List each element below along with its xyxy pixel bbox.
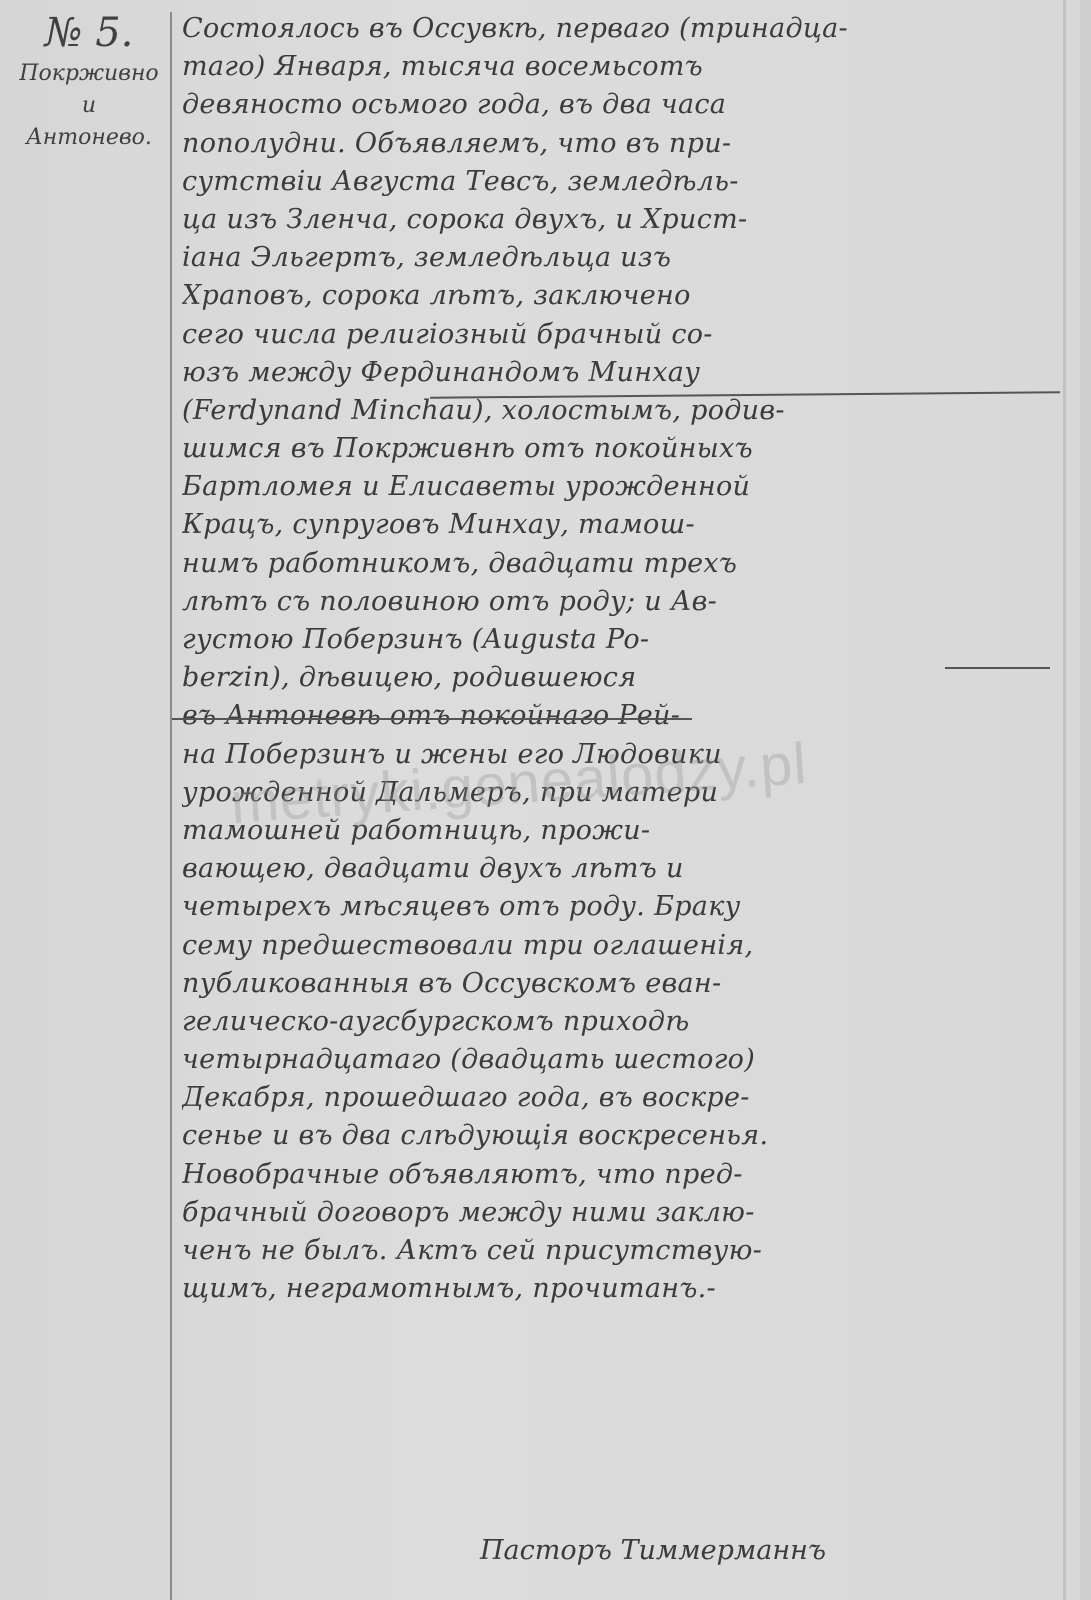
text-line: гелическо-аугсбургскомъ приходѣ (182, 1003, 1057, 1041)
text-line: сенье и въ два слѣдующія воскресенья. (182, 1117, 1057, 1155)
text-line: четырехъ мѣсяцевъ отъ роду. Браку (182, 888, 1057, 926)
text-line: шимся въ Покрживнѣ отъ покойныхъ (182, 430, 1057, 468)
record-body: Состоялось въ Оссувкѣ, перваго (тринадца… (182, 10, 1057, 1308)
text-line: четырнадцатаго (двадцать шестого) (182, 1041, 1057, 1079)
text-line: сутствіи Августа Тевсъ, земледѣль- (182, 163, 1057, 201)
text-line: сему предшествовали три оглашенія, (182, 927, 1057, 965)
text-line: девяносто осьмого года, въ два часа (182, 86, 1057, 124)
text-line: щимъ, неграмотнымъ, прочитанъ.- (182, 1270, 1057, 1308)
pastor-signature: Пасторъ Тиммерманнъ (480, 1535, 826, 1566)
page-edge (1063, 0, 1066, 1600)
underline-bride-name-start (945, 667, 1050, 669)
text-line: berzin), дѣвицею, родившеюся (182, 659, 1057, 697)
text-line: вающею, двадцати двухъ лѣтъ и (182, 850, 1057, 888)
text-line: сего числа религіозный брачный со- (182, 316, 1057, 354)
text-line: пополудни. Объявляемъ, что въ при- (182, 125, 1057, 163)
text-line: въ Антоневѣ отъ покойнаго Рей- (182, 697, 1057, 735)
text-line: Крацъ, супруговъ Минхау, тамош- (182, 506, 1057, 544)
text-line: ченъ не былъ. Актъ сей присутствую- (182, 1232, 1057, 1270)
text-line: ца изъ Зленча, сорока двухъ, и Христ- (182, 201, 1057, 239)
underline-bride-name (172, 718, 692, 720)
text-line: Новобрачные объявляютъ, что пред- (182, 1156, 1057, 1194)
margin-rule (170, 12, 172, 1600)
text-line: юзъ между Фердинандомъ Минхау (182, 354, 1057, 392)
text-line: нимъ работникомъ, двадцати трехъ (182, 545, 1057, 583)
margin-place-2: Антонево. (14, 122, 164, 154)
margin-note: № 5. Покрживно и Антонево. (14, 10, 164, 154)
text-line: густою Поберзинъ (Augusta Po- (182, 621, 1057, 659)
text-line: іана Эльгертъ, земледѣльца изъ (182, 239, 1057, 277)
page-edge-outer (1080, 0, 1091, 1600)
margin-place-1: Покрживно (14, 58, 164, 90)
text-line: лѣтъ съ половиною отъ роду; и Ав- (182, 583, 1057, 621)
text-line: Храповъ, сорока лѣтъ, заключено (182, 277, 1057, 315)
text-line: Бартломея и Елисаветы урожденной (182, 468, 1057, 506)
text-line: таго) Января, тысяча восемьсотъ (182, 48, 1057, 86)
document-page: № 5. Покрживно и Антонево. Состоялось въ… (0, 0, 1091, 1600)
text-line: публикованныя въ Оссувскомъ еван- (182, 965, 1057, 1003)
record-number: № 5. (14, 10, 164, 56)
text-line: (Ferdynand Minchau), холостымъ, родив- (182, 392, 1057, 430)
margin-place-conjunction: и (14, 90, 164, 122)
text-line: Состоялось въ Оссувкѣ, перваго (тринадца… (182, 10, 1057, 48)
text-line: брачный договоръ между ними заклю- (182, 1194, 1057, 1232)
text-line: Декабря, прошедшаго года, въ воскре- (182, 1079, 1057, 1117)
